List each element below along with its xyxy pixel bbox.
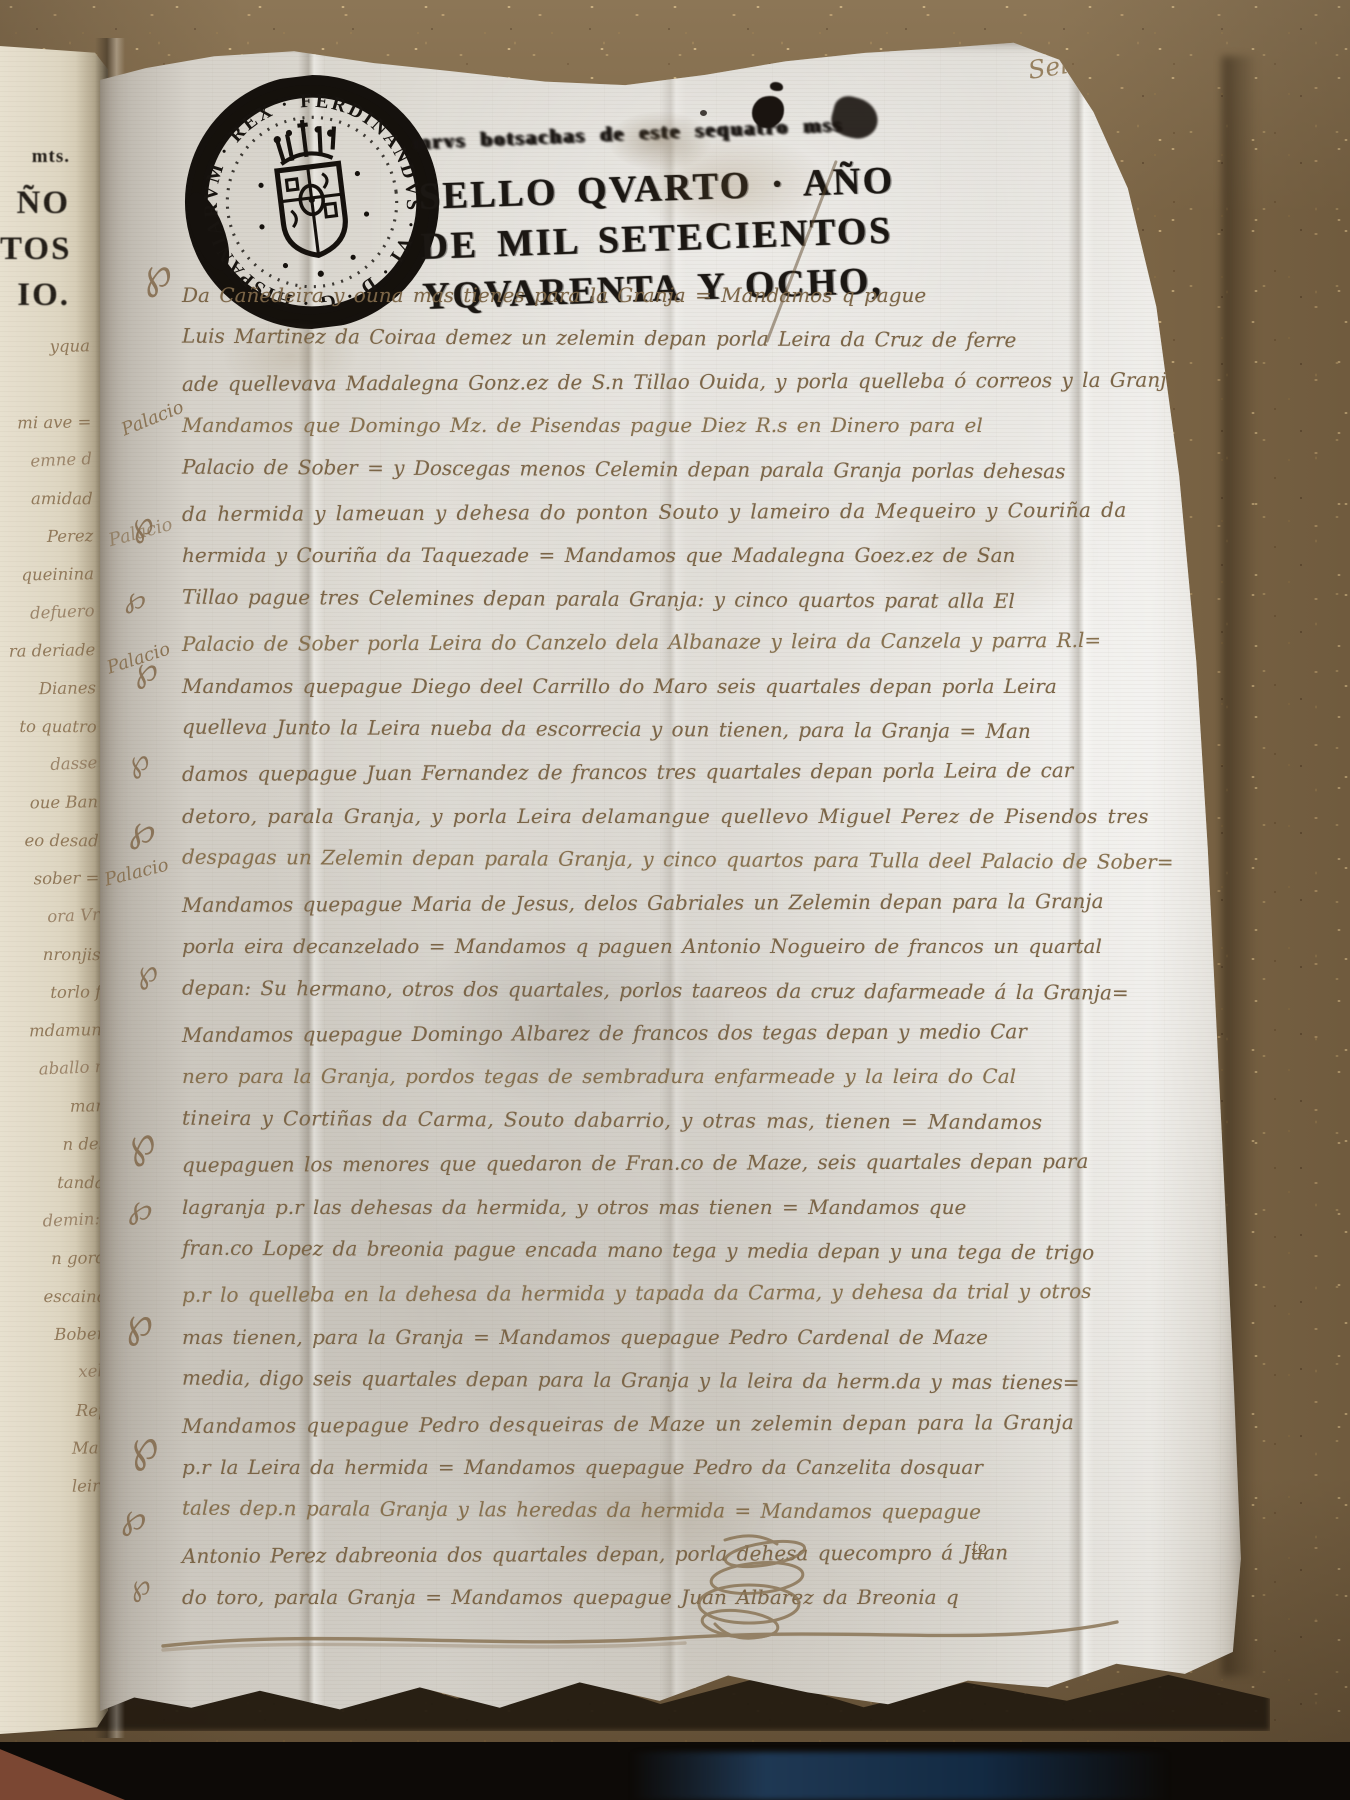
manuscript-line: Tillao pague tres Celemines depan parala… <box>182 576 1074 624</box>
handwritten-fragment: torlo f <box>1 973 102 1013</box>
handwritten-fragment: Rep <box>9 1392 109 1430</box>
handwritten-fragment: yqua <box>0 327 90 367</box>
handwritten-fragment: nronjis <box>1 936 101 974</box>
manuscript-line: Mandamos quepague Diego deel Carrillo do… <box>182 665 1074 708</box>
handwritten-fragment: queinina <box>0 555 94 595</box>
paragraph-flourish: ℘ <box>122 1418 164 1474</box>
handwritten-fragment: dasse <box>0 744 98 786</box>
handwritten-fragment: aballo r <box>2 1048 104 1090</box>
handwritten-fragment: emne d <box>0 440 93 482</box>
handwritten-fragment: xel. <box>7 1352 109 1394</box>
manuscript-body: Da Cañedeira y ouna mas tienes para la G… <box>182 274 1074 1620</box>
manuscript-line: media, digo seis quartales depan para la… <box>182 1357 1074 1405</box>
manuscript-line: Mandamos quepague Pedro desqueiras de Ma… <box>182 1401 1074 1448</box>
handwritten-fragment <box>0 366 91 404</box>
paragraph-flourish: ℘ <box>123 742 154 782</box>
handwritten-fragment: sober = <box>0 859 100 899</box>
printed-fragment: ÑO <box>0 180 70 226</box>
manuscript-line: Mandamos que Domingo Mz. de Pisendas pag… <box>182 404 1074 447</box>
printed-fragment: TOS <box>0 226 70 272</box>
manuscript-line: Da Cañedeira y ouna mas tienes para la G… <box>182 274 1074 317</box>
manuscript-line: mas tienen, para la Granja = Mandamos qu… <box>182 1316 1074 1359</box>
handwritten-fragment: eo desad <box>0 822 99 860</box>
handwritten-fragment: ora Vr <box>0 896 101 938</box>
handwritten-fragment: n gord <box>6 1239 107 1279</box>
handwritten-fragment: mi ave = <box>0 403 92 443</box>
manuscript-line: despagas un Zelemin depan parala Granja,… <box>182 836 1074 884</box>
manuscript-line: nero para la Granja, pordos tegas de sem… <box>182 1055 1074 1098</box>
manuscript-line: porla eira decanzelado = Mandamos q pagu… <box>182 925 1074 968</box>
paragraph-flourish: ℘ <box>138 246 175 299</box>
handwritten-fragment: tanda <box>5 1164 105 1202</box>
manuscript-line: p.r la Leira da hermida = Mandamos quepa… <box>182 1446 1074 1489</box>
manuscript-line: Mandamos quepague Maria de Jesus, delos … <box>182 880 1074 927</box>
handwritten-fragment: defuero <box>0 592 95 634</box>
manuscript-line: Mandamos quepague Domingo Albarez de fra… <box>182 1010 1074 1057</box>
paragraph-flourish: ℘ <box>127 1186 156 1228</box>
notarial-rubric <box>699 1536 806 1641</box>
manuscript-line: ade quellevava Madalegna Gonz.ez de S.n … <box>182 359 1074 406</box>
paragraph-flourish: ℘ <box>128 807 158 852</box>
ink-blot <box>700 110 707 116</box>
manuscript-line: p.r lo quelleba en la dehesa da hermida … <box>182 1270 1074 1317</box>
handwritten-fragment: mdamun <box>2 1011 103 1051</box>
printed-fragment: IO. <box>0 272 70 318</box>
ink-blot <box>770 82 783 91</box>
paragraph-flourish: ℘ <box>132 649 160 691</box>
handwritten-fragment: to quatro <box>0 708 97 746</box>
handwritten-fragment: Boben <box>7 1315 108 1355</box>
table-edge-band <box>0 1742 1350 1800</box>
handwritten-fragment: escaino <box>7 1278 107 1316</box>
paragraph-flourish: ℘ <box>121 1296 156 1348</box>
handwritten-fragment: n del <box>4 1125 105 1165</box>
manuscript-line: tineira y Cortiñas da Carma, Souto dabar… <box>182 1096 1074 1144</box>
margin-note: Palacio <box>118 397 186 441</box>
handwritten-fragment: Perez <box>0 517 94 557</box>
handwritten-fragment: mar <box>3 1087 104 1127</box>
paragraph-flourish: ℘ <box>120 1497 148 1539</box>
manuscript-line: quelleva Junto la Leira nueba da escorre… <box>182 706 1074 754</box>
blue-reflection <box>630 1752 1170 1800</box>
manuscript-page: FERDINANDVS · VI · D · G · HISPANIARVM ·… <box>100 36 1242 1728</box>
manuscript-line: da hermida y lameuan y dehesa do ponton … <box>182 489 1074 536</box>
paragraph-flourish: ℘ <box>132 952 161 992</box>
left-page-printed-fragments: mts. ÑO TOS IO. <box>0 134 70 318</box>
paragraph-flourish: ℘ <box>119 1115 162 1170</box>
manuscript-line: depan: Su hermano, otros dos quartales, … <box>182 966 1074 1014</box>
closing-rule <box>155 1528 1135 1678</box>
paragraph-flourish: ℘ <box>127 1567 153 1604</box>
manuscript-line: damos quepague Juan Fernandez de francos… <box>182 750 1074 797</box>
manuscript-line: fran.co Lopez da breonia pague encada ma… <box>182 1227 1074 1275</box>
manuscript-line: quepaguen los menores que quedaron de Fr… <box>182 1140 1074 1187</box>
manuscript-line: Palacio de Sober = y Doscegas menos Cele… <box>182 445 1074 493</box>
manuscript-line: Luis Martinez da Coiraa demez un zelemin… <box>182 315 1074 363</box>
photo-scene: mts. ÑO TOS IO. yquami ave =emne damidad… <box>0 0 1350 1800</box>
left-page-edge: mts. ÑO TOS IO. yquami ave =emne damidad… <box>0 46 108 1734</box>
handwritten-fragment: amidad <box>0 480 93 518</box>
handwritten-fragment: oue Ban <box>0 783 98 823</box>
manuscript-line: lagranja p.r las dehesas da hermida, y o… <box>182 1186 1074 1229</box>
printed-fragment: mts. <box>0 134 70 180</box>
manuscript-line: Palacio de Sober porla Leira do Canzelo … <box>182 619 1074 666</box>
manuscript-line: detoro, parala Granja, y porla Leira del… <box>182 795 1074 838</box>
paragraph-flourish: ℘ <box>124 580 149 616</box>
handwritten-fragment: ra deriade <box>0 631 96 671</box>
handwritten-fragment: Dianes <box>0 669 96 709</box>
handwritten-fragment: demin:. <box>5 1200 107 1242</box>
margin-note: Palacio <box>102 854 170 890</box>
manuscript-line: hermida y Couriña da Taquezade = Mandamo… <box>182 534 1074 577</box>
